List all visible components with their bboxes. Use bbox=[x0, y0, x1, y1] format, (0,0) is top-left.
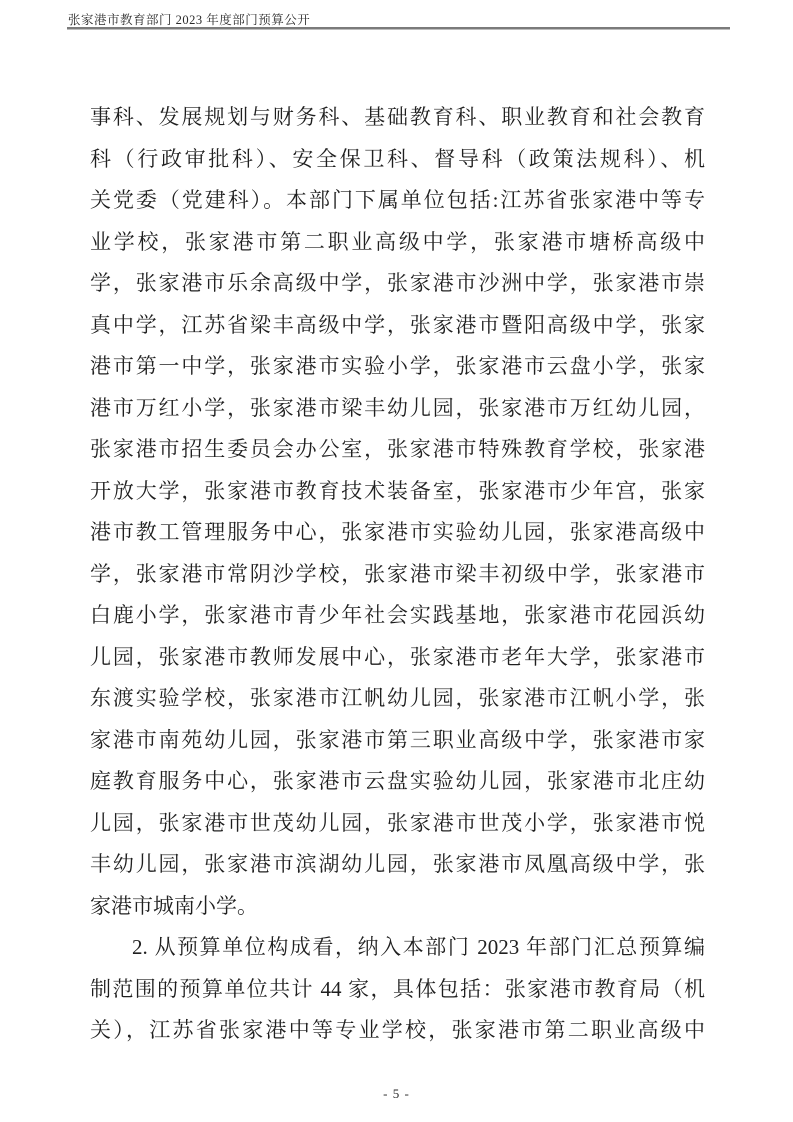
body-line: 东渡实验学校，张家港市江帆幼儿园，张家港市江帆小学，张 bbox=[90, 678, 705, 720]
footer-page-number: - 5 - bbox=[0, 1086, 793, 1102]
body-line: 港市教工管理服务中心，张家港市实验幼儿园，张家港高级中 bbox=[90, 512, 705, 554]
body-line: 庭教育服务中心，张家港市云盘实验幼儿园，张家港市北庄幼 bbox=[90, 761, 705, 803]
body-line: 科（行政审批科）、安全保卫科、督导科（政策法规科）、机 bbox=[90, 139, 705, 181]
body-line: 开放大学，张家港市教育技术装备室，张家港市少年宫，张家 bbox=[90, 471, 705, 513]
body-line: 儿园，张家港市世茂幼儿园，张家港市世茂小学，张家港市悦 bbox=[90, 803, 705, 845]
header-rule-divider bbox=[67, 27, 730, 30]
body-line: 制范围的预算单位共计 44 家，具体包括：张家港市教育局（机 bbox=[90, 969, 705, 1011]
body-line: 家港市南苑幼儿园，张家港市第三职业高级中学，张家港市家 bbox=[90, 720, 705, 762]
body-line: 真中学，江苏省梁丰高级中学，张家港市暨阳高级中学，张家 bbox=[90, 305, 705, 347]
body-line: 儿园，张家港市教师发展中心，张家港市老年大学，张家港市 bbox=[90, 637, 705, 679]
body-line: 关党委（党建科）。本部门下属单位包括:江苏省张家港中等专 bbox=[90, 180, 705, 222]
body-line: 张家港市招生委员会办公室，张家港市特殊教育学校，张家港 bbox=[90, 429, 705, 471]
body-line: 事科、发展规划与财务科、基础教育科、职业教育和社会教育 bbox=[90, 97, 705, 139]
body-line: 丰幼儿园，张家港市滨湖幼儿园，张家港市凤凰高级中学，张 bbox=[90, 844, 705, 886]
body-line: 港市万红小学，张家港市梁丰幼儿园，张家港市万红幼儿园， bbox=[90, 388, 705, 430]
body-line: 学，张家港市常阴沙学校，张家港市梁丰初级中学，张家港市 bbox=[90, 554, 705, 596]
body-line: 白鹿小学，张家港市青少年社会实践基地，张家港市花园浜幼 bbox=[90, 595, 705, 637]
body-line: 家港市城南小学。 bbox=[90, 886, 705, 928]
body-line: 学，张家港市乐余高级中学，张家港市沙洲中学，张家港市崇 bbox=[90, 263, 705, 305]
body-line: 港市第一中学，张家港市实验小学，张家港市云盘小学，张家 bbox=[90, 346, 705, 388]
body-paragraphs: 事科、发展规划与财务科、基础教育科、职业教育和社会教育 科（行政审批科）、安全保… bbox=[90, 97, 705, 1052]
body-line: 关），江苏省张家港中等专业学校，张家港市第二职业高级中 bbox=[90, 1010, 705, 1052]
page-header-title: 张家港市教育部门 2023 年度部门预算公开 bbox=[68, 10, 310, 28]
document-page: 张家港市教育部门 2023 年度部门预算公开 事科、发展规划与财务科、基础教育科… bbox=[0, 0, 793, 1122]
body-line: 业学校，张家港市第二职业高级中学，张家港市塘桥高级中 bbox=[90, 222, 705, 264]
body-line: 2. 从预算单位构成看，纳入本部门 2023 年部门汇总预算编 bbox=[90, 927, 705, 969]
